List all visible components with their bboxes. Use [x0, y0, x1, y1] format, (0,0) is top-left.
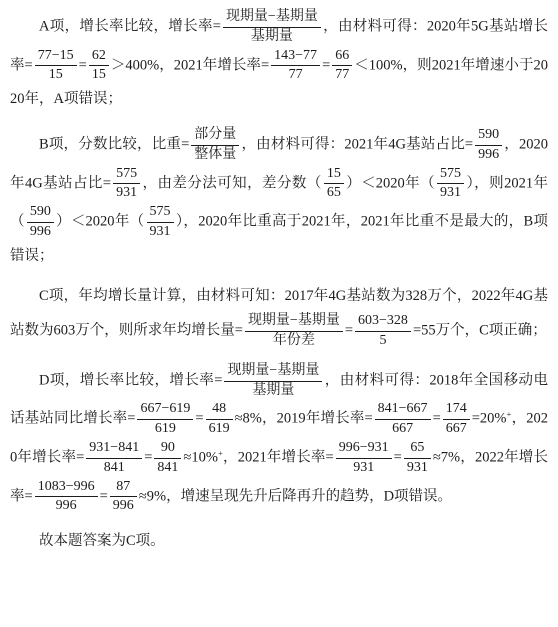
- fraction-denominator: 931: [404, 459, 431, 477]
- fraction-numerator: 590: [475, 127, 502, 146]
- fraction-numerator: 现期量−基期量: [223, 9, 321, 28]
- fraction: 现期量−基期量基期量: [223, 9, 321, 46]
- fraction-denominator: 931: [113, 184, 140, 202]
- fraction: 667−619619: [137, 401, 193, 438]
- fraction-numerator: 174: [443, 401, 470, 420]
- fraction-numerator: 603−328: [355, 313, 411, 332]
- fraction: 143−7777: [271, 48, 320, 85]
- fraction-denominator: 15: [35, 66, 77, 84]
- option-b-analysis: B项，分数比较，比重=部分量整体量，由材料可得：2021年4G基站占比=5909…: [10, 126, 548, 272]
- fraction: 1565: [324, 166, 344, 203]
- fraction: 590996: [27, 204, 54, 241]
- fraction-denominator: 841: [86, 459, 142, 477]
- fraction: 65931: [404, 440, 431, 477]
- fraction: 590996: [475, 127, 502, 164]
- fraction-numerator: 1083−996: [35, 479, 98, 498]
- fraction-denominator: 841: [154, 459, 181, 477]
- fraction-denominator: 年份差: [245, 332, 343, 350]
- solution-body: A项，增长率比较，增长率=现期量−基期量基期量，由材料可得：2020年5G基站增…: [10, 8, 548, 557]
- fraction-denominator: 整体量: [191, 146, 239, 164]
- superscript-plus: +: [507, 409, 512, 419]
- fraction-numerator: 931−841: [86, 440, 142, 459]
- fraction: 部分量整体量: [191, 127, 239, 164]
- fraction-numerator: 90: [154, 440, 181, 459]
- fraction-numerator: 48: [206, 401, 233, 420]
- superscript-plus: +: [218, 448, 223, 458]
- fraction-numerator: 590: [27, 204, 54, 223]
- option-a-analysis: A项，增长率比较，增长率=现期量−基期量基期量，由材料可得：2020年5G基站增…: [10, 8, 548, 115]
- fraction: 现期量−基期量基期量: [224, 363, 322, 400]
- fraction-denominator: 619: [137, 420, 193, 438]
- fraction-denominator: 996: [35, 497, 98, 515]
- fraction-denominator: 77: [332, 66, 352, 84]
- option-c-analysis: C项，年均增长量计算，由材料可知：2017年4G基站数为328万个，2022年4…: [10, 282, 548, 350]
- fraction-numerator: 66: [332, 48, 352, 67]
- fraction-numerator: 现期量−基期量: [245, 313, 343, 332]
- fraction-numerator: 77−15: [35, 48, 77, 67]
- fraction: 87996: [110, 479, 137, 516]
- fraction-denominator: 996: [110, 497, 137, 515]
- fraction-denominator: 667: [375, 420, 431, 438]
- fraction-numerator: 575: [147, 204, 174, 223]
- fraction: 841−667667: [375, 401, 431, 438]
- option-d-analysis: D项，增长率比较，增长率=现期量−基期量基期量，由材料可得：2018年全国移动电…: [10, 362, 548, 516]
- fraction-numerator: 15: [324, 166, 344, 185]
- fraction: 996−931931: [336, 440, 392, 477]
- fraction: 575931: [113, 166, 140, 203]
- fraction-numerator: 575: [113, 166, 140, 185]
- fraction-denominator: 931: [147, 223, 174, 241]
- fraction-denominator: 931: [437, 184, 464, 202]
- fraction-denominator: 996: [475, 146, 502, 164]
- final-answer: 故本题答案为C项。: [10, 527, 548, 557]
- fraction: 1083−996996: [35, 479, 98, 516]
- fraction: 77−1515: [35, 48, 77, 85]
- fraction: 575931: [147, 204, 174, 241]
- fraction-denominator: 5: [355, 332, 411, 350]
- fraction: 603−3285: [355, 313, 411, 350]
- solution-document: A项，增长率比较，增长率=现期量−基期量基期量，由材料可得：2020年5G基站增…: [0, 0, 558, 627]
- fraction: 现期量−基期量年份差: [245, 313, 343, 350]
- fraction-denominator: 667: [443, 420, 470, 438]
- fraction-denominator: 基期量: [224, 382, 322, 400]
- fraction: 931−841841: [86, 440, 142, 477]
- fraction-numerator: 575: [437, 166, 464, 185]
- fraction-numerator: 65: [404, 440, 431, 459]
- fraction-numerator: 996−931: [336, 440, 392, 459]
- fraction-denominator: 65: [324, 184, 344, 202]
- fraction-denominator: 931: [336, 459, 392, 477]
- fraction: 6677: [332, 48, 352, 85]
- fraction-numerator: 部分量: [191, 127, 239, 146]
- fraction-numerator: 841−667: [375, 401, 431, 420]
- fraction-denominator: 619: [206, 420, 233, 438]
- fraction-denominator: 基期量: [223, 28, 321, 46]
- fraction-numerator: 62: [89, 48, 109, 67]
- fraction-numerator: 现期量−基期量: [224, 363, 322, 382]
- fraction-numerator: 87: [110, 479, 137, 498]
- fraction: 90841: [154, 440, 181, 477]
- fraction-denominator: 77: [271, 66, 320, 84]
- fraction-denominator: 15: [89, 66, 109, 84]
- fraction: 174667: [443, 401, 470, 438]
- fraction-numerator: 143−77: [271, 48, 320, 67]
- fraction: 575931: [437, 166, 464, 203]
- fraction-numerator: 667−619: [137, 401, 193, 420]
- fraction-denominator: 996: [27, 223, 54, 241]
- fraction: 6215: [89, 48, 109, 85]
- fraction: 48619: [206, 401, 233, 438]
